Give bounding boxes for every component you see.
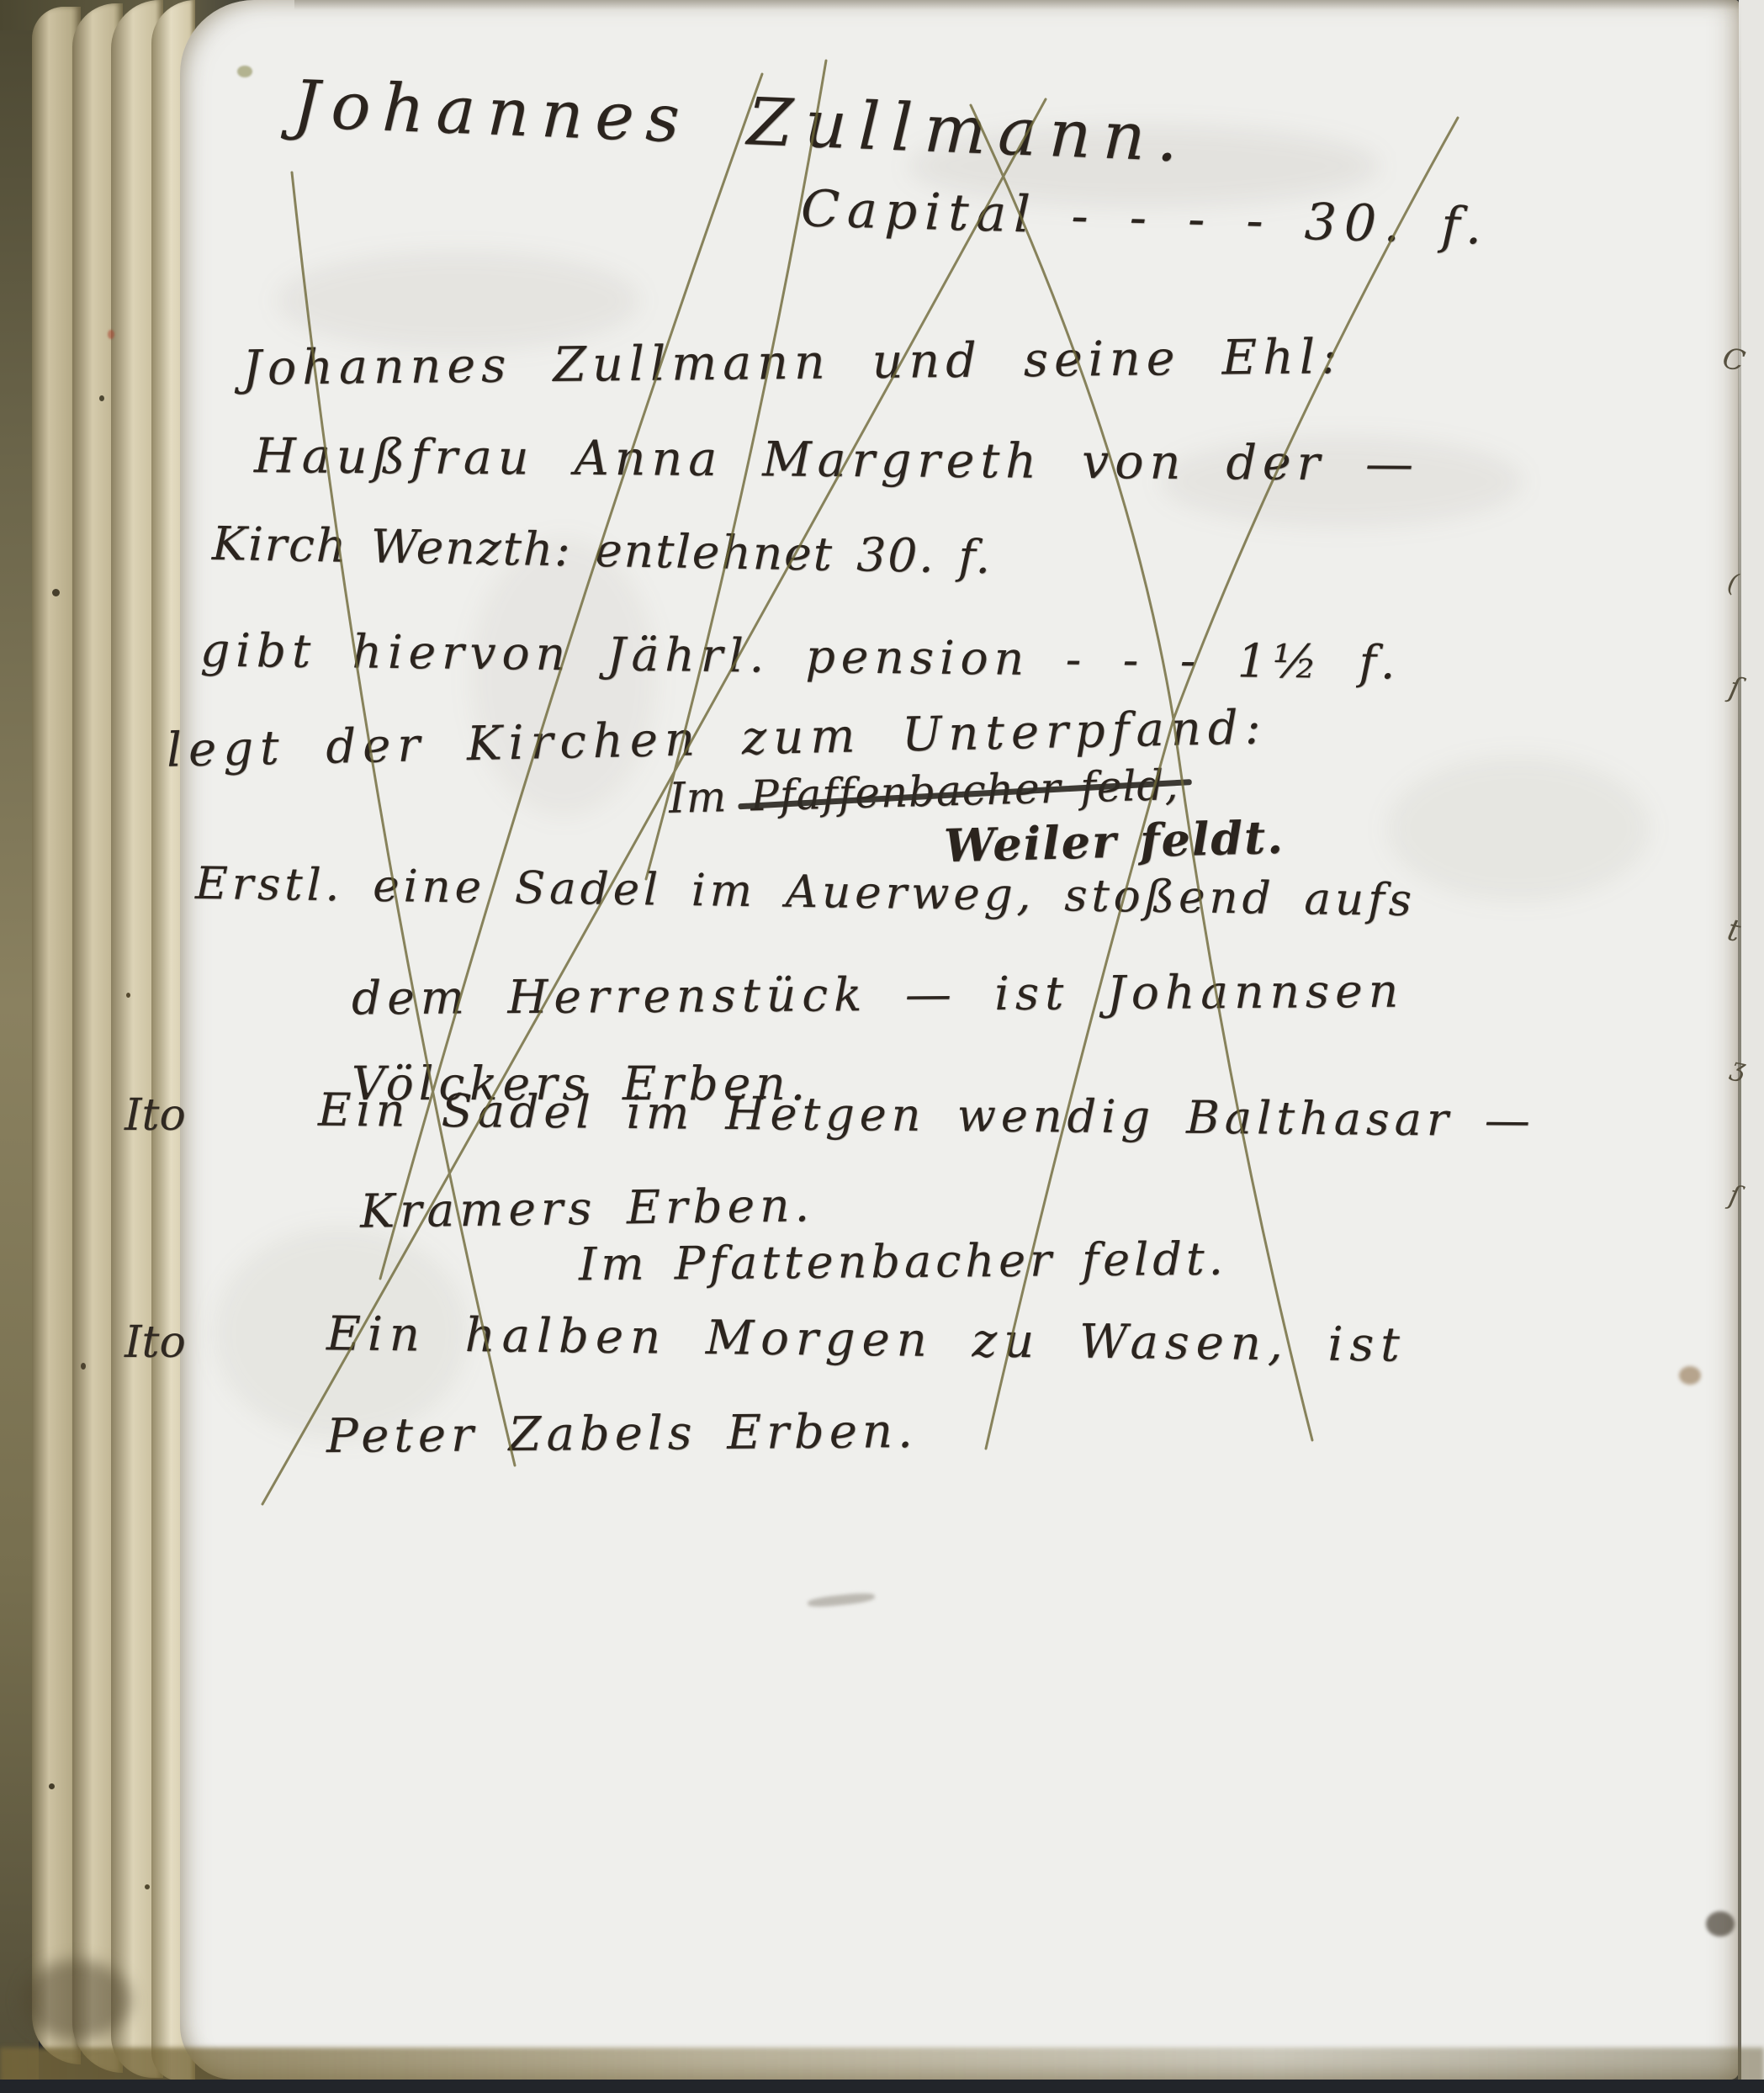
page-right-edge-line xyxy=(1738,0,1741,2093)
stain xyxy=(1679,1366,1701,1385)
manuscript-line: Peter Zabels Erben. xyxy=(326,1404,918,1464)
edge-speck xyxy=(145,1884,150,1889)
edge-speck xyxy=(81,1363,86,1370)
facing-page-sliver xyxy=(1739,0,1764,2093)
item-abbreviation-mark: Ito xyxy=(124,1090,186,1141)
manuscript-line: Ein halben Morgen zu Wasen, ist xyxy=(326,1306,1406,1372)
stain xyxy=(1706,1911,1735,1937)
place-replacement: Weiler feldt. xyxy=(943,810,1285,873)
edge-speck xyxy=(52,589,60,596)
manuscript-line: Johannes Zullmann und seine Ehl: xyxy=(242,329,1343,396)
item-abbreviation-mark: Ito xyxy=(124,1317,186,1368)
manuscript-line: dem Herrenstück — ist Johannsen xyxy=(352,964,1405,1025)
ink-bleedthrough xyxy=(278,252,639,349)
ink-bleedthrough xyxy=(1388,757,1649,900)
stain xyxy=(237,66,252,77)
manuscript-line: Kramers Erben. xyxy=(360,1178,815,1238)
place-prefix: Im xyxy=(668,772,728,823)
manuscript-line: Haußfrau Anna Margreth von der — xyxy=(254,428,1419,492)
edge-speck xyxy=(126,993,130,998)
edge-speck xyxy=(49,1783,55,1789)
stain xyxy=(108,330,114,339)
table-background-strip xyxy=(0,2080,1764,2093)
top-edge-shadow xyxy=(294,0,1739,10)
manuscript-line: Ein Sadel im Hetgen wendig Balthasar — xyxy=(318,1084,1535,1147)
manuscript-line: Im Pfattenbacher feldt. xyxy=(579,1232,1227,1291)
edge-speck xyxy=(99,395,104,401)
stain xyxy=(22,1960,131,2040)
manuscript-photo: Johannes Zullmann. Capital - - - - 30. f… xyxy=(0,0,1764,2093)
